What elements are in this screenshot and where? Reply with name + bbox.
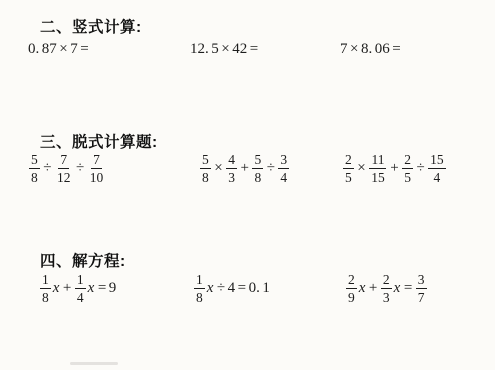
fraction: 710 — [88, 152, 106, 185]
math-problem: 18x+14x=9 — [39, 272, 116, 305]
math-problem: 58×43+58÷34 — [199, 152, 290, 185]
math-problem: 7×8.06= — [340, 41, 403, 58]
fraction: 58 — [29, 152, 40, 185]
scan-artifact — [70, 362, 118, 365]
fraction: 29 — [346, 272, 357, 305]
fraction: 25 — [343, 152, 354, 185]
math-problem: 0.87×7= — [28, 41, 91, 58]
fraction: 58 — [200, 152, 211, 185]
worksheet-page: 二、竖式计算: 0.87×7= 12.5×42= 7×8.06= 三、脱式计算题… — [0, 0, 495, 370]
fraction: 14 — [75, 272, 86, 305]
fraction: 58 — [252, 152, 263, 185]
section-heading-vertical-calc: 二、竖式计算: — [40, 15, 142, 37]
math-problem: 12.5×42= — [190, 41, 261, 58]
math-problem: 25×1115+25÷154 — [342, 152, 447, 185]
section-heading-solve-equations: 四、解方程: — [40, 249, 126, 271]
math-problem: 18x÷4=0.1 — [193, 272, 270, 305]
fraction: 43 — [226, 152, 237, 185]
section-heading-step-calc: 三、脱式计算题: — [40, 130, 158, 152]
fraction: 23 — [381, 272, 392, 305]
fraction: 18 — [194, 272, 205, 305]
math-problem: 58÷712÷710 — [28, 152, 106, 185]
fraction: 1115 — [369, 152, 387, 185]
math-problem: 29x+23x=37 — [345, 272, 428, 305]
fraction: 37 — [416, 272, 427, 305]
fraction: 34 — [278, 152, 289, 185]
fraction: 712 — [55, 152, 73, 185]
fraction: 154 — [428, 152, 446, 185]
fraction: 18 — [40, 272, 51, 305]
fraction: 25 — [402, 152, 413, 185]
